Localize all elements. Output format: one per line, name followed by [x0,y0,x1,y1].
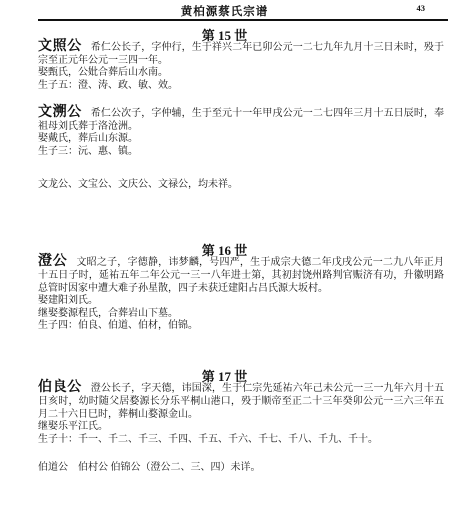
entry-biography: 希仁公次子，字仲辅，生于至元十一年甲戌公元一二七四年三月十五日辰时，奉祖母刘氏葬… [38,108,444,132]
entry-sons-line: 生子五：澄、涛、政、敏、效。 [38,80,444,93]
entry-name: 文溯公 [38,105,82,120]
entry-wensu: 文溯公希仁公次子，字仲辅，生于至元十一年甲戌公元一二七四年三月十五日辰时，奉祖母… [38,106,444,158]
entry-boliang: 伯良公澄公长子，字天德，讳国深，生于仁宗先延祐六年己未公元一三一九年六月十五日亥… [38,381,444,446]
genealogy-page: 黄柏源蔡氏宗谱 43 第 15 世 文照公希仁公长子，字仲行，生于祥兴二年已卯公… [0,0,449,515]
entry-cheng: 澄公文昭之子，字德静，讳梦麟，号四严，生于成宗大德二年戊戌公元一二九八年正月十五… [38,255,444,333]
entry-biography: 文昭之子，字德静，讳梦麟，号四严，生于成宗大德二年戊戌公元一二九八年正月十五日子… [38,257,444,294]
entry-remarriage-line: 继娶婺源程氏，合葬岩山下墓。 [38,308,444,321]
entry-remarriage-line: 继娶乐平江氏。 [38,421,444,434]
entry-intro: 文照公希仁公长子，字仲行，生于祥兴二年已卯公元一二七九年九月十三日未时，殁于宗至… [38,40,444,67]
entry-intro: 文溯公希仁公次子，字仲辅，生于至元十一年甲戌公元一二七四年三月十五日辰时，奉祖母… [38,106,444,133]
entry-sons-line: 生子三：沅、惠、镇。 [38,146,444,159]
entry-intro: 澄公文昭之子，字德静，讳梦麟，号四严，生于成宗大德二年戊戌公元一二九八年正月十五… [38,255,444,295]
entry-wenzhao: 文照公希仁公长子，字仲行，生于祥兴二年已卯公元一二七九年九月十三日未时，殁于宗至… [38,40,444,92]
header-rule [38,19,448,21]
entry-biography: 希仁公长子，字仲行，生于祥兴二年已卯公元一二七九年九月十三日未时，殁于宗至正元年… [38,42,444,66]
entry-marriage-line: 娶戴氏，葬后山东源。 [38,133,444,146]
page-number: 43 [417,3,426,13]
entry-sons-line: 生子十：千一、千二、千三、千四、千五、千六、千七、千八、千九、千十。 [38,434,444,447]
generation-17-note: 伯道公 伯村公 伯锦公（澄公二、三、四）未详。 [38,462,444,474]
entry-biography: 澄公长子，字天德，讳国深，生于仁宗先延祐六年己未公元一三一九年六月十五日亥时，幼… [38,383,444,420]
entry-intro: 伯良公澄公长子，字天德，讳国深，生于仁宗先延祐六年己未公元一三一九年六月十五日亥… [38,381,444,421]
entry-name: 文照公 [38,39,82,54]
document-title: 黄柏源蔡氏宗谱 [0,3,449,19]
entry-name: 伯良公 [38,380,82,395]
entry-name: 澄公 [38,254,67,269]
entry-marriage-line: 娶甄氏，公妣合葬后山水南。 [38,67,444,80]
generation-15-note: 文龙公、文宝公、文庆公、文禄公，均未祥。 [38,179,444,191]
entry-sons-line: 生子四：伯良、伯道、伯材，伯锦。 [38,320,444,333]
entry-marriage-line: 娶建阳刘氏。 [38,295,444,308]
